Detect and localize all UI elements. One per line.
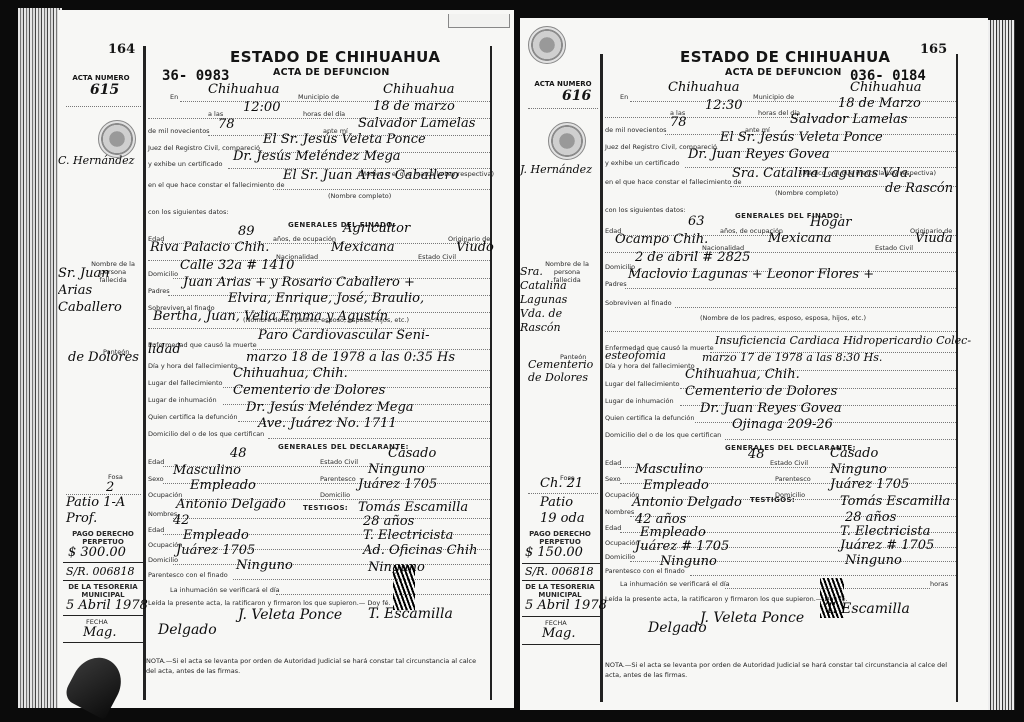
domicilio-value: 2 de abril # 2825: [635, 250, 750, 265]
dia-hora-value: marzo 18 de 1978 a las 0:35 Hs: [246, 350, 455, 365]
testigo1-parentesco: Ninguno: [236, 558, 293, 573]
right-page-acta-616: 165 ESTADO DE CHIHUAHUA ACTA DE DEFUNCIO…: [520, 18, 988, 710]
recibo-value: S/R. 006818: [525, 565, 594, 578]
pago-value: $ 150.00: [525, 545, 583, 560]
ocupacion-value: Agricultor: [343, 221, 410, 236]
ocupacion-value: Hogar: [810, 215, 851, 230]
fallecido-value: El Sr. Juan Arias Caballero: [283, 168, 459, 183]
acta-numero-value: 616: [562, 88, 591, 104]
nota-footer: NOTA.—Si el acta se levanta por orden de…: [146, 656, 486, 676]
nacionalidad-value: Mexicana: [768, 231, 832, 246]
margin-panteon: Cementerio de Dolores: [528, 358, 598, 384]
ante-value: Salvador Lamelas: [358, 116, 475, 131]
open-ledger-book: 164 ESTADO DE CHIHUAHUA ACTA DE DEFUNCIO…: [0, 0, 1024, 722]
declarante-domicilio: Juárez 1705: [830, 477, 909, 492]
declarante-estado-civil: Casado: [388, 446, 436, 461]
margin-initials: J. Hernández: [520, 163, 592, 176]
lugar-inhumacion-value: Cementerio de Dolores: [233, 383, 385, 398]
declarante-edad: 48: [748, 447, 765, 462]
testigo1-ocupacion: Empleado: [183, 528, 249, 543]
comparecio-value: El Sr. Jesús Veleta Ponce: [263, 132, 426, 147]
dia-value: 18 de marzo: [373, 99, 455, 114]
pago-value: $ 300.00: [68, 545, 126, 560]
margin-name: Sra. Catalina Lagunas Vda. de Rascón: [520, 265, 590, 335]
en-value: Chihuahua: [668, 80, 739, 95]
declarante-ocupacion: Empleado: [190, 478, 256, 493]
fallecido-line1: Sra. Catalina Lagunas Vda.: [732, 166, 912, 181]
testigo2-edad: 28 años: [845, 510, 896, 525]
rubrica: Mag.: [542, 626, 576, 641]
edad-value: 89: [238, 224, 255, 239]
ano-value: 78: [670, 115, 687, 130]
right-rule: [490, 46, 492, 700]
testigo1-ocupacion: Empleado: [640, 525, 706, 540]
declarante-parentesco: Ninguno: [368, 462, 425, 477]
margin-panteon: de Dolores: [68, 350, 139, 365]
signature-veleta: J. Veleta Ponce: [700, 610, 804, 626]
padres-value: Maclovio Lagunas + Leonor Flores +: [628, 267, 874, 282]
margin-patio: Patio 19 oda: [540, 495, 590, 527]
testigo1-nombre: Antonio Delgado: [632, 495, 742, 510]
declarante-edad: 48: [230, 446, 247, 461]
signature-veleta: J. Veleta Ponce: [238, 607, 342, 623]
domicilio-certifica-value: Ave. Juárez No. 1711: [258, 416, 397, 431]
ante-value: Salvador Lamelas: [790, 112, 907, 127]
signature-scribble: [820, 578, 844, 618]
lugar-fallecimiento-value: Chihuahua, Chih.: [233, 366, 348, 381]
testigo1-domicilio: Juárez 1705: [176, 543, 255, 558]
margin-fosa: 2: [106, 480, 114, 495]
sobreviven-line1: Elvira, Enrique, José, Braulio,: [228, 291, 424, 306]
testigo1-domicilio: Juárez # 1705: [635, 539, 729, 554]
declarante-estado-civil: Casado: [830, 446, 878, 461]
signature-delgado: Delgado: [648, 620, 707, 636]
book-page-edges-left: [18, 8, 62, 708]
en-value: Chihuahua: [208, 82, 279, 97]
page-number: 165: [920, 42, 947, 57]
book-page-edges-right: [985, 20, 1015, 710]
lugar-fallecimiento-value: Chihuahua, Chih.: [685, 367, 800, 382]
lugar-inhumacion-value: Cementerio de Dolores: [685, 384, 837, 399]
comparecio-value: El Sr. Jesús Veleta Ponce: [720, 130, 883, 145]
margin-initials: C. Hernández: [58, 154, 134, 167]
hora-value: 12:00: [243, 100, 280, 115]
municipio-value: Chihuahua: [850, 80, 921, 95]
recibo-value: S/R. 006818: [66, 565, 135, 578]
testigo2-nombre: Tomás Escamilla: [840, 494, 950, 509]
municipio-value: Chihuahua: [383, 82, 454, 97]
originario-value: Ocampo Chih.: [615, 232, 708, 247]
fecha-pago-value: 5 Abril 1978: [525, 598, 607, 613]
dia-hora-value: marzo 17 de 1978 a las 8:30 Hs.: [702, 351, 882, 364]
testigo2-domicilio: Juárez # 1705: [840, 538, 934, 553]
sobreviven-line2: Bertha, Juan, Velia Emma y Agustín: [153, 309, 388, 324]
fecha-pago-value: 5 Abril 1978: [66, 598, 148, 613]
acta-numero-value: 615: [90, 82, 119, 98]
nota-footer: NOTA.—Si el acta se levanta por orden de…: [605, 660, 955, 680]
testigo1-parentesco: Ninguno: [660, 554, 717, 569]
left-page-acta-615: 164 ESTADO DE CHIHUAHUA ACTA DE DEFUNCIO…: [58, 10, 514, 708]
domicilio-value: Calle 32a # 1410: [180, 258, 294, 273]
enfermedad-line2: esteofomia: [605, 349, 666, 362]
testigo2-nombre: Tomás Escamilla: [358, 500, 468, 515]
fallecido-line2: de Rascón: [885, 181, 953, 196]
estado-civil-value: Viuda: [915, 231, 953, 246]
testigo2-ocupacion: T. Electricista: [840, 524, 930, 539]
testigo1-edad: 42: [173, 513, 190, 528]
state-title: ESTADO DE CHIHUAHUA: [230, 48, 440, 66]
signature-delgado: Delgado: [158, 622, 217, 638]
margin-patio: Patio 1-A Prof.: [66, 495, 126, 527]
official-seal-icon: [528, 26, 566, 64]
testigo2-parentesco: Ninguno: [845, 553, 902, 568]
originario-value: Riva Palacio Chih.: [150, 240, 269, 255]
hora-value: 12:30: [705, 98, 742, 113]
declarante-ocupacion: Empleado: [643, 478, 709, 493]
padres-value: Juan Arias + y Rosario Caballero +: [183, 275, 415, 290]
signature-scribble: [393, 565, 415, 610]
declarante-sexo: Masculino: [173, 463, 241, 478]
dia-value: 18 de Marzo: [838, 96, 921, 111]
declarante-sexo: Masculino: [635, 462, 703, 477]
nacionalidad-value: Mexicana: [331, 240, 395, 255]
rubrica: Mag.: [83, 625, 117, 640]
page-tab-marker: [448, 14, 510, 28]
enfermedad-line1: Insuficiencia Cardiaca Hidropericardio C…: [715, 334, 971, 347]
declarante-parentesco: Ninguno: [830, 462, 887, 477]
enfermedad-line1: Paro Cardiovascular Seni-: [258, 328, 430, 343]
enfermedad-line2: lidad: [148, 342, 181, 357]
acta-numero-label: ACTA NUMERO: [528, 80, 598, 88]
acta-numero-label: ACTA NUMERO: [66, 74, 136, 82]
right-rule: [956, 54, 958, 702]
form-title: ACTA DE DEFUNCION: [273, 67, 390, 78]
form-title: ACTA DE DEFUNCION: [725, 67, 842, 78]
state-title: ESTADO DE CHIHUAHUA: [680, 48, 890, 66]
margin-fosa: Ch. 21: [540, 476, 583, 491]
certifica-value: Dr. Juan Reyes Govea: [700, 401, 842, 416]
testigo2-edad: 28 años: [363, 514, 414, 529]
declarante-domicilio: Juárez 1705: [358, 477, 437, 492]
certificado-value: Dr. Jesús Meléndez Mega: [233, 149, 401, 164]
testigo1-nombre: Antonio Delgado: [176, 497, 286, 512]
margin-name: Sr. Juan Arias Caballero: [58, 265, 118, 316]
edad-value: 63: [688, 214, 705, 229]
estado-civil-value: Viudo: [456, 240, 494, 255]
certificado-value: Dr. Juan Reyes Govea: [688, 147, 830, 162]
testigo2-ocupacion: T. Electricista: [363, 528, 453, 543]
certifica-value: Dr. Jesús Meléndez Mega: [246, 400, 414, 415]
domicilio-certifica-value: Ojinaga 209-26: [732, 417, 833, 432]
page-number: 164: [108, 42, 135, 57]
testigo2-domicilio: Ad. Oficinas Chih: [363, 543, 478, 558]
official-seal-icon: [98, 120, 136, 158]
ano-value: 78: [218, 117, 235, 132]
official-seal-icon: [548, 122, 586, 160]
